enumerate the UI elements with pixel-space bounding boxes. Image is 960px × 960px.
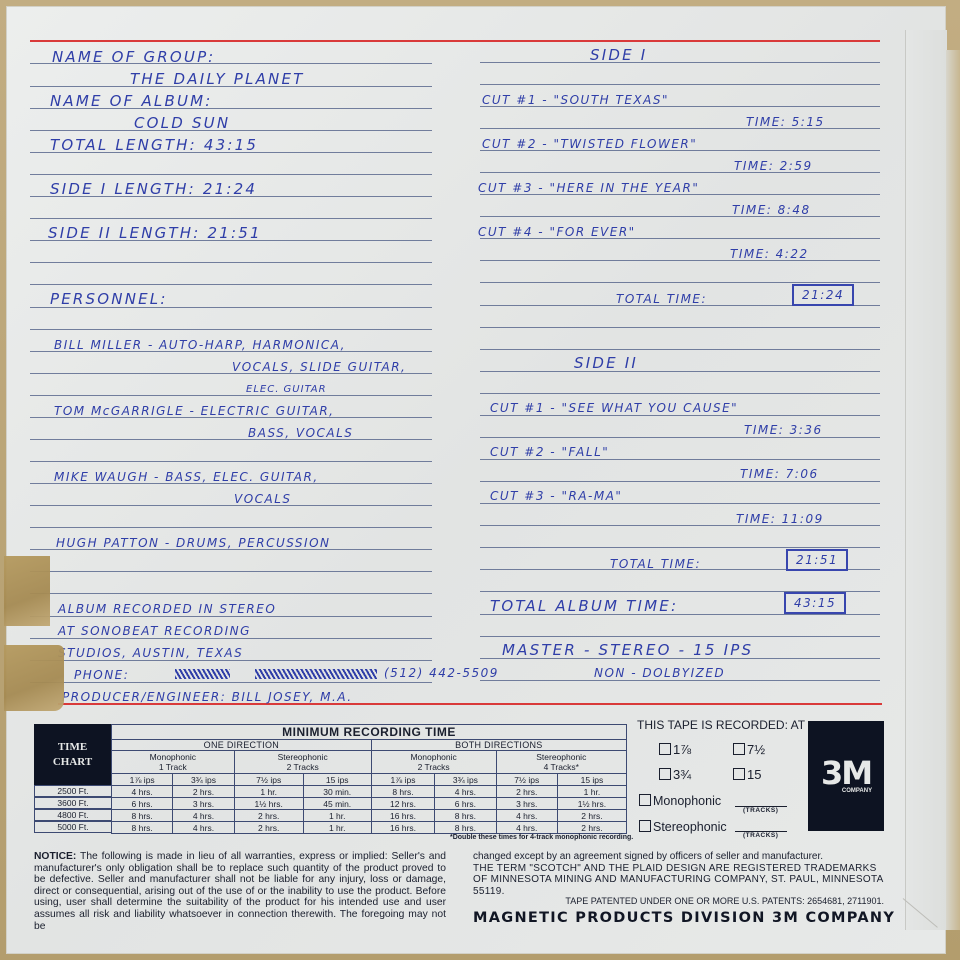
tracks-label: (TRACKS) bbox=[743, 832, 778, 839]
side1-cut4-title: CUT #4 - "FOR EVER" bbox=[478, 223, 636, 241]
length-cell: 5000 Ft. bbox=[34, 821, 111, 833]
speed-header: 1⅞ ips bbox=[371, 774, 435, 786]
side1-total-label: TOTAL TIME: bbox=[616, 290, 707, 308]
time-chart-label: TIME CHART bbox=[34, 724, 111, 785]
recorded-at-heading: THIS TAPE IS RECORDED: AT bbox=[637, 718, 805, 732]
table-cell: 2 hrs. bbox=[557, 822, 626, 834]
table-cell: 8 hrs. bbox=[112, 810, 173, 822]
rule bbox=[30, 130, 432, 131]
side2-cut3-title: CUT #3 - "RA-MA" bbox=[490, 487, 622, 505]
side1-length: SIDE I LENGTH: 21:24 bbox=[50, 180, 257, 198]
rule bbox=[480, 282, 880, 283]
side1-cut2-time: TIME: 2:59 bbox=[734, 157, 813, 175]
table-row: 8 hrs. 4 hrs. 2 hrs. 1 hr. 16 hrs. 8 hrs… bbox=[112, 810, 627, 822]
table-cell: 4 hrs. bbox=[173, 822, 234, 834]
table-cell: 1 hr. bbox=[303, 822, 371, 834]
direction-header: BOTH DIRECTIONS bbox=[371, 740, 626, 751]
division-name: MAGNETIC PRODUCTS DIVISION 3M COMPANY bbox=[473, 910, 895, 926]
rule bbox=[30, 262, 432, 263]
tracks-label: (TRACKS) bbox=[743, 807, 778, 814]
rule bbox=[30, 329, 432, 330]
speed-header: 3¾ ips bbox=[435, 774, 496, 786]
table-cell: 4 hrs. bbox=[112, 786, 173, 798]
album-total-value: 43:15 bbox=[784, 592, 846, 614]
table-cell: 2 hrs. bbox=[173, 786, 234, 798]
table-cell: 1 hr. bbox=[557, 786, 626, 798]
recorded-line3: STUDIOS, AUSTIN, TEXAS bbox=[58, 644, 243, 662]
table-cell: 1½ hrs. bbox=[234, 798, 303, 810]
mode-header: Stereophonic4 Tracks* bbox=[496, 751, 626, 774]
side2-cut1-time: TIME: 3:36 bbox=[744, 421, 823, 439]
personnel-2-line1: TOM McGARRIGLE - ELECTRIC GUITAR, bbox=[54, 402, 334, 420]
table-cell: 4 hrs. bbox=[435, 786, 496, 798]
table-cell: 2 hrs. bbox=[557, 810, 626, 822]
speed-option-7-1-2[interactable]: 7½ bbox=[733, 742, 765, 757]
dolby-note: NON - DOLBYIZED bbox=[594, 664, 725, 682]
speed-option-3-3-4[interactable]: 3¾ bbox=[659, 767, 691, 782]
side2-length: SIDE II LENGTH: 21:51 bbox=[48, 224, 262, 242]
side2-cut3-time: TIME: 11:09 bbox=[736, 510, 824, 528]
side2-total-label: TOTAL TIME: bbox=[610, 555, 701, 573]
album-name: COLD SUN bbox=[134, 114, 230, 132]
direction-header: ONE DIRECTION bbox=[112, 740, 372, 751]
speed-header: 7½ ips bbox=[234, 774, 303, 786]
table-cell: 2 hrs. bbox=[234, 810, 303, 822]
checkbox[interactable] bbox=[733, 743, 745, 755]
checkbox[interactable] bbox=[659, 743, 671, 755]
length-cell: 3600 Ft. bbox=[34, 797, 111, 809]
table-cell: 16 hrs. bbox=[371, 822, 435, 834]
personnel-label: PERSONNEL: bbox=[50, 290, 168, 308]
personnel-4-line1: HUGH PATTON - DRUMS, PERCUSSION bbox=[56, 534, 331, 552]
table-cell: 8 hrs. bbox=[112, 822, 173, 834]
table-cell: 3 hrs. bbox=[173, 798, 234, 810]
notice-text: NOTICE: The following is made in lieu of… bbox=[34, 851, 446, 932]
rule bbox=[30, 174, 432, 175]
masking-tape bbox=[4, 645, 64, 711]
side1-cut2-title: CUT #2 - "TWISTED FLOWER" bbox=[482, 135, 697, 153]
table-cell: 8 hrs. bbox=[435, 810, 496, 822]
side2-cut2-title: CUT #2 - "FALL" bbox=[490, 443, 609, 461]
top-red-line bbox=[30, 40, 880, 42]
masking-tape bbox=[4, 556, 50, 626]
side1-cut3-title: CUT #3 - "HERE IN THE YEAR" bbox=[478, 179, 699, 197]
rule bbox=[480, 636, 880, 637]
stereophonic-option[interactable]: Stereophonic bbox=[639, 820, 727, 834]
time-chart-title: MINIMUM RECORDING TIME bbox=[112, 725, 627, 740]
table-cell: 8 hrs. bbox=[371, 786, 435, 798]
table-cell: 1½ hrs. bbox=[557, 798, 626, 810]
producer: PRODUCER/ENGINEER: BILL JOSEY, M.A. bbox=[62, 688, 353, 706]
time-chart-footnote: *Double these times for 4-track monophon… bbox=[450, 834, 633, 841]
table-cell: 2 hrs. bbox=[234, 822, 303, 834]
3m-company: COMPANY bbox=[842, 788, 872, 794]
rule bbox=[480, 260, 880, 261]
speed-header: 1⅞ ips bbox=[112, 774, 173, 786]
rule bbox=[480, 172, 880, 173]
time-chart-table: MINIMUM RECORDING TIME ONE DIRECTION BOT… bbox=[111, 724, 627, 834]
time-chart-label-line2: CHART bbox=[34, 755, 111, 770]
recorded-line1: ALBUM RECORDED IN STEREO bbox=[58, 600, 276, 618]
box-flap bbox=[905, 30, 947, 930]
table-cell: 6 hrs. bbox=[435, 798, 496, 810]
personnel-1-line3: ELEC. GUITAR bbox=[246, 381, 327, 399]
table-cell: 4 hrs. bbox=[496, 810, 557, 822]
side1-heading: SIDE I bbox=[590, 46, 647, 64]
mode-header: Monophonic2 Tracks bbox=[371, 751, 496, 774]
time-chart-label-line1: TIME bbox=[34, 740, 111, 755]
checkbox[interactable] bbox=[639, 820, 651, 832]
rule bbox=[480, 84, 880, 85]
speed-option-1-7-8[interactable]: 1⅞ bbox=[659, 742, 691, 757]
rule bbox=[480, 393, 880, 394]
length-cell: 2500 Ft. bbox=[34, 785, 111, 797]
speed-option-15[interactable]: 15 bbox=[733, 767, 761, 782]
tape-box-back: NAME OF GROUP: THE DAILY PLANET NAME OF … bbox=[0, 0, 960, 960]
side1-cut3-time: TIME: 8:48 bbox=[732, 201, 811, 219]
side2-heading: SIDE II bbox=[574, 354, 638, 372]
rule bbox=[480, 371, 880, 372]
personnel-1-line1: BILL MILLER - AUTO-HARP, HARMONICA, bbox=[54, 336, 346, 354]
rule bbox=[30, 284, 432, 285]
scribbled-out-text bbox=[255, 669, 377, 679]
personnel-3-line1: MIKE WAUGH - BASS, ELEC. GUITAR, bbox=[54, 468, 319, 486]
table-cell: 8 hrs. bbox=[435, 822, 496, 834]
rule bbox=[480, 327, 880, 328]
phone-number: (512) 442-5509 bbox=[384, 664, 499, 682]
table-row: 4 hrs. 2 hrs. 1 hr. 30 min. 8 hrs. 4 hrs… bbox=[112, 786, 627, 798]
3m-logo: 3M COMPANY bbox=[808, 721, 884, 831]
rule bbox=[30, 218, 432, 219]
speed-header: 15 ips bbox=[557, 774, 626, 786]
speed-header: 3¾ ips bbox=[173, 774, 234, 786]
trademark-text: THE TERM "SCOTCH" AND THE PLAID DESIGN A… bbox=[473, 863, 885, 898]
rule bbox=[30, 505, 432, 506]
group-name: THE DAILY PLANET bbox=[130, 70, 305, 88]
side2-cut1-title: CUT #1 - "SEE WHAT YOU CAUSE" bbox=[490, 399, 738, 417]
box-edge bbox=[946, 50, 960, 930]
table-cell: 12 hrs. bbox=[371, 798, 435, 810]
table-cell: 16 hrs. bbox=[371, 810, 435, 822]
speed-header: 7½ ips bbox=[496, 774, 557, 786]
notice-label: NOTICE: bbox=[34, 851, 76, 862]
total-length: TOTAL LENGTH: 43:15 bbox=[50, 136, 258, 154]
side1-cut4-time: TIME: 4:22 bbox=[730, 245, 809, 263]
legal-continued: changed except by an agreement signed by… bbox=[473, 851, 885, 863]
recorded-line2: AT SONOBEAT RECORDING bbox=[58, 622, 251, 640]
table-cell: 1 hr. bbox=[303, 810, 371, 822]
rule bbox=[480, 62, 880, 63]
group-label: NAME OF GROUP: bbox=[52, 48, 215, 66]
table-cell: 45 min. bbox=[303, 798, 371, 810]
table-cell: 30 min. bbox=[303, 786, 371, 798]
rule bbox=[30, 439, 432, 440]
rule bbox=[480, 349, 880, 350]
checkbox[interactable] bbox=[733, 768, 745, 780]
rule bbox=[30, 593, 432, 594]
legal-text: changed except by an agreement signed by… bbox=[473, 851, 885, 897]
personnel-1-line2: VOCALS, SLIDE GUITAR, bbox=[232, 358, 406, 376]
side2-total-value: 21:51 bbox=[786, 549, 848, 571]
side1-cut1-title: CUT #1 - "SOUTH TEXAS" bbox=[482, 91, 669, 109]
personnel-3-line2: VOCALS bbox=[234, 490, 292, 508]
master-note: MASTER - STEREO - 15 IPS bbox=[502, 641, 753, 659]
speed-header: 15 ips bbox=[303, 774, 371, 786]
side1-total-value: 21:24 bbox=[792, 284, 854, 306]
table-cell: 4 hrs. bbox=[173, 810, 234, 822]
3m-mark: 3M bbox=[821, 758, 871, 788]
mode-header: Stereophonic2 Tracks bbox=[234, 751, 371, 774]
patents-text: TAPE PATENTED UNDER ONE OR MORE U.S. PAT… bbox=[565, 896, 884, 906]
notice-body: The following is made in lieu of all war… bbox=[34, 851, 446, 932]
rule bbox=[30, 527, 432, 528]
table-row: 6 hrs. 3 hrs. 1½ hrs. 45 min. 12 hrs. 6 … bbox=[112, 798, 627, 810]
table-cell: 6 hrs. bbox=[112, 798, 173, 810]
monophonic-option[interactable]: Monophonic bbox=[639, 794, 721, 808]
side2-cut2-time: TIME: 7:06 bbox=[740, 465, 819, 483]
table-cell: 1 hr. bbox=[234, 786, 303, 798]
checkbox[interactable] bbox=[639, 794, 651, 806]
scribbled-out-text bbox=[175, 669, 230, 679]
side1-cut1-time: TIME: 5:15 bbox=[746, 113, 825, 131]
phone-label: PHONE: bbox=[74, 666, 129, 684]
mode-header: Monophonic1 Track bbox=[112, 751, 235, 774]
rule bbox=[480, 547, 880, 548]
table-cell: 3 hrs. bbox=[496, 798, 557, 810]
album-total-label: TOTAL ALBUM TIME: bbox=[490, 597, 678, 615]
rule bbox=[30, 395, 432, 396]
table-row: 8 hrs. 4 hrs. 2 hrs. 1 hr. 16 hrs. 8 hrs… bbox=[112, 822, 627, 834]
length-cell: 4800 Ft. bbox=[34, 809, 111, 821]
album-label: NAME OF ALBUM: bbox=[50, 92, 213, 110]
rule bbox=[480, 216, 880, 217]
rule bbox=[480, 481, 880, 482]
rule bbox=[30, 461, 432, 462]
table-cell: 4 hrs. bbox=[496, 822, 557, 834]
checkbox[interactable] bbox=[659, 768, 671, 780]
rule bbox=[30, 571, 432, 572]
personnel-2-line2: BASS, VOCALS bbox=[248, 424, 353, 442]
table-cell: 2 hrs. bbox=[496, 786, 557, 798]
